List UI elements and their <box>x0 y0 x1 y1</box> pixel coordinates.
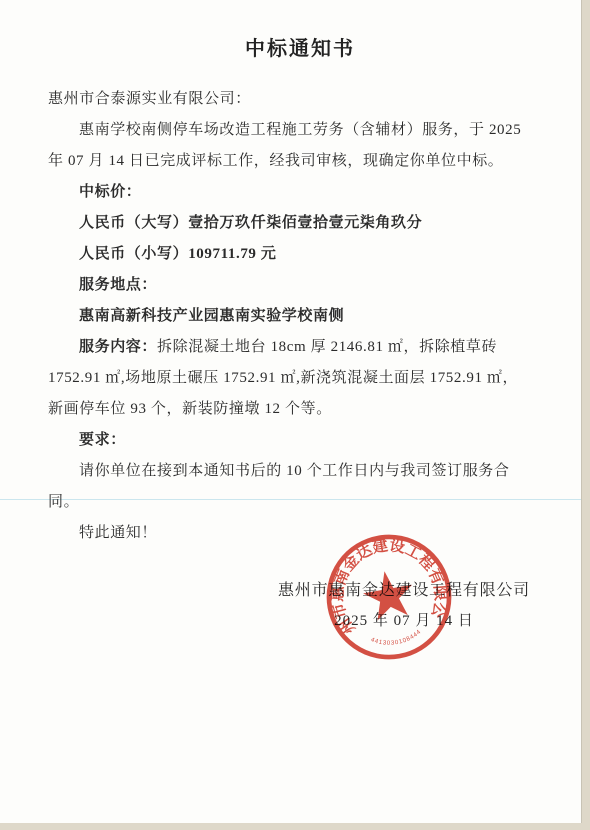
recipient-line: 惠州市合泰源实业有限公司： <box>48 84 548 115</box>
requirement-line-2: 同。 <box>48 487 548 518</box>
price-capital-line: 人民币（大写）壹拾万玖仟柒佰壹拾壹元柒角玖分 <box>48 208 548 239</box>
service-content-text-1: 拆除混凝土地台 18cm 厚 2146.81 ㎡，拆除植草砖 <box>157 339 497 355</box>
price-numeric-line: 人民币（小写）109711.79 元 <box>48 239 548 270</box>
seal-serial-number: 4413030108444 <box>369 628 424 651</box>
requirement-line-1: 请你单位在接到本通知书后的 10 个工作日内与我司签订服务合 <box>48 456 548 487</box>
intro-line-1: 惠南学校南侧停车场改造工程施工劳务（含辅材）服务，于 2025 <box>48 115 548 146</box>
service-content-label: 服务内容： <box>79 339 157 355</box>
service-location-value: 惠南高新科技产业园惠南实验学校南侧 <box>48 301 548 332</box>
closing-line: 特此通知！ <box>48 518 548 549</box>
service-content-line-1: 服务内容：拆除混凝土地台 18cm 厚 2146.81 ㎡，拆除植草砖 <box>48 332 548 363</box>
requirement-label: 要求： <box>48 425 548 456</box>
service-content-line-2: 1752.91 ㎡,场地原土碾压 1752.91 ㎡,新浇筑混凝土面层 1752… <box>48 363 548 394</box>
service-content-line-3: 新画停车位 93 个，新装防撞墩 12 个等。 <box>48 394 548 425</box>
svg-text:4413030108444: 4413030108444 <box>369 628 424 651</box>
document-title: 中标通知书 <box>48 32 552 61</box>
company-seal: 惠州市惠南金达建设工程有限公司 4413030108444 <box>300 508 478 686</box>
service-location-label: 服务地点： <box>48 270 548 301</box>
seal-star-icon <box>360 567 417 622</box>
scanned-document: { "page": { "background_color": "#ded8c9… <box>0 0 590 830</box>
award-price-label: 中标价： <box>48 177 548 208</box>
intro-line-2: 年 07 月 14 日已完成评标工作，经我司审核，现确定你单位中标。 <box>48 146 548 177</box>
document-body: 惠州市合泰源实业有限公司： 惠南学校南侧停车场改造工程施工劳务（含辅材）服务，于… <box>48 84 548 549</box>
